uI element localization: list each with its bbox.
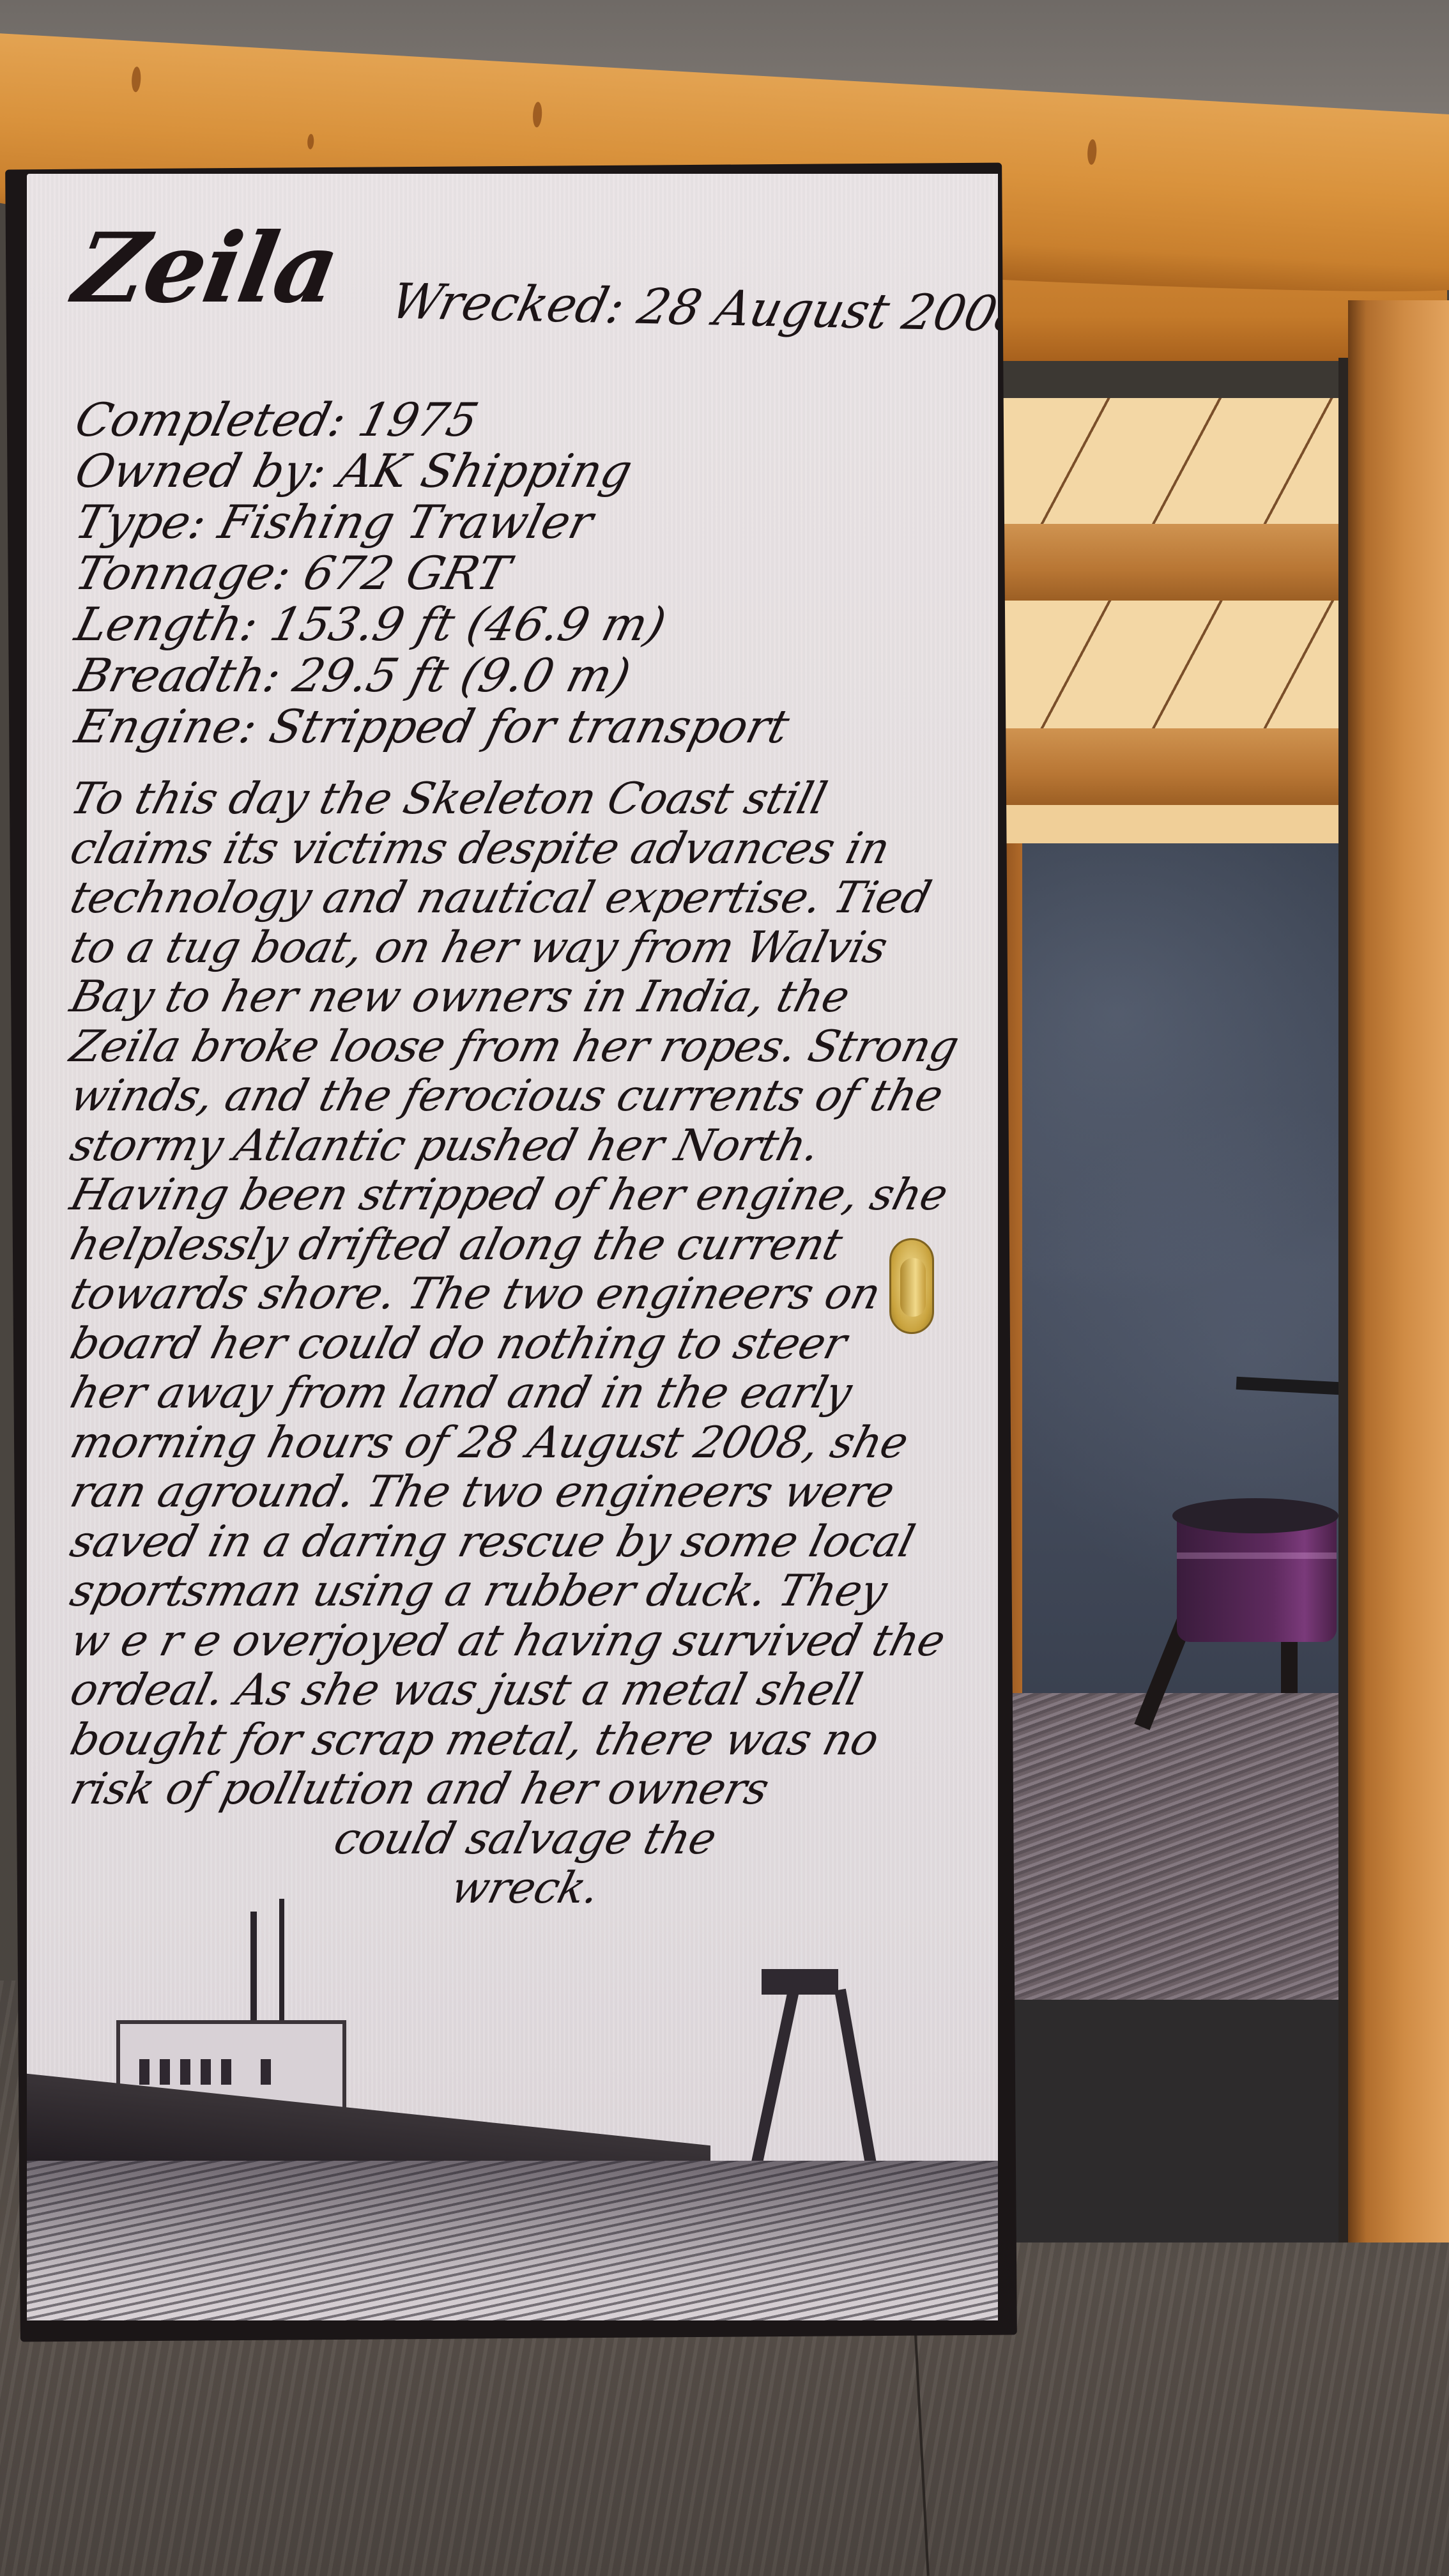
bridge-window (221, 2059, 231, 2085)
ship-name: Zeila (66, 212, 346, 325)
story-line: helplessly drifted along the current (65, 1220, 985, 1270)
wood-knot (131, 66, 141, 93)
fact-engine: Engine: Stripped for transport (70, 701, 794, 752)
surf-waves (27, 2161, 998, 2320)
bridge-window (261, 2059, 271, 2085)
stool-band (1177, 1552, 1337, 1559)
fact-type: Type: Fishing Trawler (70, 496, 794, 548)
stool-seat (1172, 1498, 1338, 1533)
purple-stool (1177, 1517, 1337, 1642)
ceiling-joist (1000, 524, 1367, 601)
story-line: wreck. (65, 1864, 985, 1913)
woven-rug (987, 1693, 1345, 2000)
shipwreck-info-panel[interactable]: Zeila Wrecked: 28 August 2008 Completed:… (27, 174, 998, 2320)
fact-length: Length: 153.9 ft (46.9 m) (70, 599, 794, 650)
ceiling-planks (1000, 601, 1367, 728)
bridge-window (160, 2059, 170, 2085)
story-line: Zeila broke loose from her ropes. Strong (65, 1022, 985, 1072)
story-line: morning hours of 28 August 2008, she (65, 1418, 985, 1468)
fact-completed: Completed: 1975 (70, 394, 794, 445)
story-line: ran aground. The two engineers were (65, 1468, 985, 1517)
story-line: technology and nautical expertise. Tied (65, 873, 985, 923)
wood-knot (307, 134, 314, 149)
gantry-crossbar (762, 1969, 838, 1995)
story-line: risk of pollution and her owners (65, 1765, 985, 1814)
story-line: w e r e overjoyed at having survived the (65, 1616, 985, 1666)
story-line: Bay to her new owners in India, the (65, 972, 985, 1022)
story-line: sportsman using a rubber duck. They (65, 1567, 985, 1616)
story-line: board her could do nothing to steer (65, 1319, 985, 1369)
handle-recess (900, 1258, 926, 1317)
story-line: her away from land and in the early (65, 1368, 985, 1418)
fact-tonnage: Tonnage: 672 GRT (70, 548, 794, 599)
ship-mast (279, 1899, 284, 2039)
story-line: ordeal. As she was just a metal shell (65, 1666, 985, 1715)
story-line: claims its victims despite advances in (65, 824, 985, 874)
wood-knot (1087, 139, 1097, 165)
ship-sketch-illustration (27, 1950, 998, 2320)
bridge-window (180, 2059, 190, 2085)
ceiling-joist (1000, 728, 1367, 805)
ship-facts: Completed: 1975 Owned by: AK Shipping Ty… (77, 394, 788, 752)
story-line: towards shore. The two engineers on (65, 1269, 985, 1319)
story-line: saved in a daring rescue by some local (65, 1517, 985, 1567)
story-line: could salvage the (65, 1814, 985, 1864)
ceiling-planks (1000, 396, 1367, 524)
stern-gantry (748, 1989, 799, 2179)
stern-gantry (834, 1989, 879, 2180)
wreck-date: Wrecked: 28 August 2008 (386, 273, 998, 343)
wreck-story: To this day the Skeleton Coast still cla… (72, 774, 979, 1913)
bridge-window (139, 2059, 149, 2085)
story-line: To this day the Skeleton Coast still (65, 774, 985, 824)
fact-breadth: Breadth: 29.5 ft (9.0 m) (70, 650, 794, 701)
bridge-window (201, 2059, 211, 2085)
story-line: stormy Atlantic pushed her North. (65, 1121, 985, 1171)
story-line: winds, and the ferocious currents of the (65, 1071, 985, 1121)
room-ceiling (1000, 396, 1367, 843)
wood-knot (532, 102, 542, 128)
fact-owner: Owned by: AK Shipping (70, 445, 794, 496)
door-jamb (1348, 300, 1449, 2242)
story-line: bought for scrap metal, there was no (65, 1715, 985, 1765)
brass-door-pull[interactable] (889, 1238, 934, 1334)
lintel-steel-frame (1000, 361, 1390, 398)
story-line: to a tug boat, on her way from Walvis (65, 923, 985, 973)
story-line: Having been stripped of her engine, she (65, 1170, 985, 1220)
